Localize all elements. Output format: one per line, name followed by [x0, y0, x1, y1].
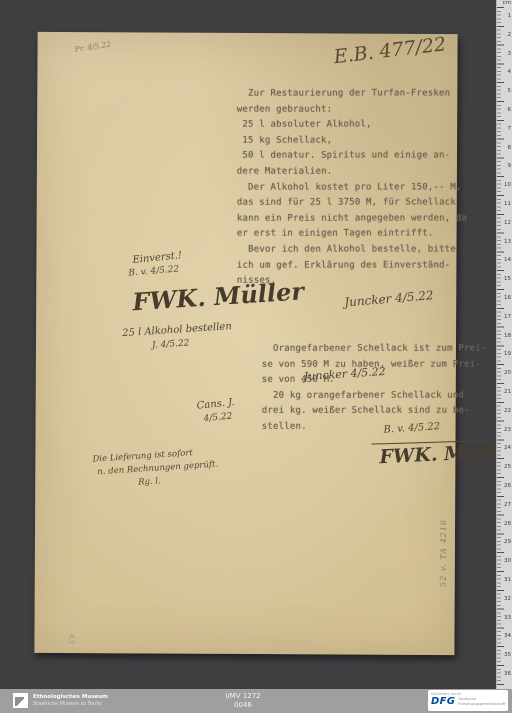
- ruler-mark: 24: [504, 446, 511, 451]
- ruler-mark: 5: [508, 89, 512, 94]
- ruler-unit-label: cm: [503, 0, 511, 6]
- ruler-mark: 26: [504, 484, 511, 489]
- approval-date: B. v. 4/5.22: [128, 264, 180, 278]
- note-cans: Cans. J.: [196, 397, 235, 412]
- dfg-name-line2: Forschungsgemeinschaft: [458, 702, 505, 707]
- registry-number: E.B. 477/22: [333, 33, 448, 68]
- ruler-mark: 23: [504, 428, 511, 433]
- ruler-mark: 32: [504, 597, 511, 602]
- typed-line: drei kg. weißer Schellack sind zu be-: [262, 404, 487, 420]
- ruler-mark: 31: [504, 578, 511, 583]
- approval-order-note: 25 l Alkohol bestellen: [122, 321, 232, 339]
- typed-line: Bevor ich den Alkohol bestelle, bitte: [237, 242, 467, 258]
- typed-line: 25 l absoluter Alkohol,: [237, 118, 467, 134]
- typed-line: 20 kg orangefarbener Schellack und: [262, 388, 487, 404]
- ruler-mark: 3: [508, 52, 512, 57]
- typed-line: das sind für 25 l 3750 M, für Schellack: [237, 196, 467, 212]
- ruler-mark: 9: [508, 164, 512, 169]
- ruler-mark: 34: [504, 634, 511, 639]
- approval-einverstanden: Einverst.!: [132, 250, 182, 266]
- ruler-mark: 18: [504, 334, 511, 339]
- ruler-mark: 15: [504, 277, 511, 282]
- ruler-mark: 1: [508, 14, 512, 19]
- ruler-mark: 14: [504, 258, 511, 263]
- signature-junker-1: Juncker 4/5.22: [344, 288, 434, 309]
- ruler-mark: 16: [504, 296, 511, 301]
- inventory-page: 0046: [0, 701, 486, 710]
- ruler-mark: 19: [504, 352, 511, 357]
- approval-order-date: J. 4/5.22: [152, 338, 190, 350]
- typed-line: dere Materialien.: [237, 164, 467, 180]
- ruler-mark: 22: [504, 409, 511, 414]
- signature-mueller-2: FWK. Müller: [379, 440, 512, 468]
- typed-line: stellen.: [262, 420, 487, 436]
- ruler-mark: 33: [504, 616, 511, 621]
- ruler-mark: 30: [504, 559, 511, 564]
- ruler-mark: 28: [504, 522, 511, 527]
- ruler-mark: 35: [504, 653, 511, 658]
- ruler-mark: 8: [508, 146, 512, 151]
- inventory-id: I/MV 1272: [0, 692, 486, 701]
- scan-viewer: Pr. 4/5.22 E.B. 477/22 Zur Restaurierung…: [0, 0, 512, 713]
- ruler-mark: 29: [504, 540, 511, 545]
- typed-paragraph-2: Orangefarbener Schellack ist zum Prei-se…: [262, 342, 487, 436]
- ruler-mark: 12: [504, 221, 511, 226]
- signature-mueller-1: FWK. Müller: [131, 276, 304, 316]
- ruler-mark: 25: [504, 465, 511, 470]
- typed-line: ich um gef. Erklärung des Einverständ-: [237, 258, 467, 274]
- ruler-mark: 11: [504, 202, 511, 207]
- ruler-mark: 4: [508, 70, 512, 75]
- ruler-mark: 36: [504, 672, 511, 677]
- typed-paragraph-1: Zur Restaurierung der Turfan-Freskenwerd…: [237, 86, 468, 289]
- typed-line: werden gebraucht:: [237, 102, 467, 118]
- footer-bar: Ethnologisches Museum Staatliche Museen …: [0, 689, 512, 713]
- note-cans-date: 4/5.22: [203, 411, 233, 424]
- dfg-logo-block: Gefördert durch DFG Deutsche Forschungsg…: [428, 690, 508, 711]
- ruler-mark: 2: [508, 33, 512, 38]
- typed-line: 15 kg Schellack,: [237, 133, 467, 149]
- margin-vertical-note: 52 v. TA 4216: [439, 519, 448, 587]
- cm-ruler: cm 1234567891011121314151617181920212223…: [496, 0, 512, 690]
- ruler-mark: 20: [504, 371, 511, 376]
- document-page: Pr. 4/5.22 E.B. 477/22 Zur Restaurierung…: [34, 32, 457, 655]
- dfg-logo: DFG: [431, 696, 455, 707]
- typed-line: Der Alkohol kostet pro Liter 150,-- M,: [237, 180, 467, 196]
- ruler-mark: 13: [504, 240, 511, 245]
- ruler-mark: 27: [504, 503, 511, 508]
- ruler-mark: 21: [504, 390, 511, 395]
- typed-line: er erst in einigen Tagen eintrifft.: [237, 227, 467, 243]
- ruler-mark: 10: [504, 183, 511, 188]
- typed-line: kann ein Preis nicht angegeben werden, d…: [237, 211, 467, 227]
- typed-line: Zur Restaurierung der Turfan-Fresken: [237, 86, 467, 102]
- delivery-note: Die Lieferung ist sofort n. den Rechnung…: [92, 446, 219, 493]
- inventory-number: I/MV 1272 0046: [0, 692, 486, 710]
- ruler-mark: 6: [508, 108, 512, 113]
- pencil-note-top-left: Pr. 4/5.22: [74, 39, 112, 53]
- typed-line: Orangefarbener Schellack ist zum Prei-: [262, 342, 487, 358]
- corner-mark: 43: [67, 633, 77, 644]
- typed-line: 50 l denatur. Spiritus und einige an-: [237, 149, 467, 165]
- ruler-mark: 7: [508, 127, 512, 132]
- ruler-mark: 17: [504, 315, 511, 320]
